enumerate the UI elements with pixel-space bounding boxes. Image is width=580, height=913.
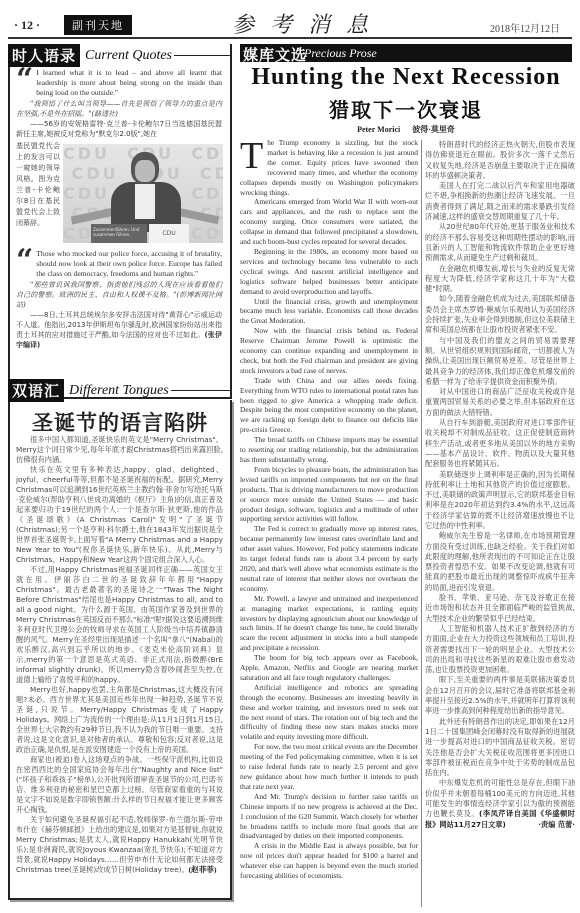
paragraph: 人工智能和机器人技术正扩散到经济的方方面面,企业在大力投资这些领域和员工培训,投… [425,624,575,675]
podium-sign: Zusammenführen. Und zusammen führen. [91,224,147,243]
quote-en: I learned what it is to lead – and above… [36,68,222,97]
editor-credit: ·责编 范蕾· [524,820,575,830]
paragraph: The broad tariffs on Chinese imports may… [240,435,418,465]
paragraph: 眼下,至关重要的两件事是美联储决策委员会在12月召开的会议,届时它准备将联邦基金… [425,675,575,716]
paragraph: 对从中国进口的商品广泛征收关税或许是重置两国贸易关系的必要之举,但本届政府在这方… [425,387,575,418]
paragraph: 关于如何避免圣诞祝福引起不适,牧师保罗·布兰德尔斯-劳申布什在《赫芬顿邮报》上给… [16,815,223,875]
byline: Peter Morici 彼得·莫里奇 [240,124,572,135]
paragraph: 快乐在英文里有多种表达,happy、glad、delighted、joyful、… [16,465,223,565]
headline-cn: 猎取下一次衰退 [240,94,572,123]
paragraph: Trade with China and our allies needs fi… [240,376,418,435]
masthead: · 12 · 副刊天地 参考消息 2018年12月12日 [0,0,580,38]
paragraph: The Fed is correct to gradually move up … [240,524,418,593]
tongues-article-body: 很多中国人都知道,圣诞快乐的英文是"Merry Christmas"。Merry… [16,435,223,897]
paragraph: 特朗普时代的经济正热火朝天,但股市表现得仿佛衰退近在眼前。股价多次一落千丈然后又… [425,140,575,181]
paragraph: Now with the financial crisis behind us,… [240,326,418,376]
heading-rule [171,390,232,391]
paragraph: 中东爆发危机的可能性总是存在,但眼下油价似乎并未朝着每桶100美元的方向迈进,其… [425,778,575,829]
paper-name: 参考消息 [232,8,384,39]
page-number: · 12 · [14,18,40,33]
author-en: Peter Morici [357,125,400,134]
paragraph: Until the financial crisis, growth and u… [240,297,418,327]
article-title: 圣诞节的语言陷阱 [8,407,232,437]
paragraph: 从20世纪80年代开始,更基于服务业和技术的经济不那么容易受这种周期性摆动的影响… [425,222,575,263]
paragraph: 商家也(被迫)卷入这场观点的争战。一些保守派机构,比如设在密西西比的全国家庭协会… [16,755,223,815]
author-cn: 彼得·莫里奇 [412,125,455,134]
quote-1: “ I learned what it is to lead – and abo… [16,68,222,139]
quote-en: Those who mocked our police force, accus… [36,249,222,278]
paragraph: 美国人在打完二战以后汽车和家用电器破烂不堪,争相换新的热潮让经济飞速发展。一旦消… [425,181,575,222]
paragraph: The boom for big tech appears over as Fa… [240,653,418,683]
section-heading-en: Different Tongues [69,383,169,399]
paragraph: Merry也好,happy也罢,主角都是Christmas,这大概没有问题?未必… [16,685,223,755]
current-quotes-heading: 时人语录 Current Quotes [8,44,232,67]
section-tag: 副刊天地 [64,15,132,35]
paragraph: 此外还有特朗普作出的决定,即如果在12月1日二十国集团峰会闭幕时没有取得新的进展… [425,717,575,779]
quote-note: ——56岁的安妮格雷特·克兰普-卡伦鲍尔7日当选德国基民盟新任主席,她被反对党称… [16,119,222,139]
section-heading-en: Current Quotes [85,48,172,64]
quote-mark-icon: “ [16,249,33,273]
paragraph: 与中国及我们的盟友之间的贸易需要理顺。从世贸组织规则到国际邮资,一切都被人为操纵… [425,336,575,387]
paragraph: 在金融危机爆发前,增长与失业的反复无常程度大为降低,经济学家称这几十年为"大稳健… [425,264,575,295]
author: (赵菲菲) [189,865,217,874]
paragraph: 不过,用Happy Christmas祝福圣诞同样正确——英国女王就在用。伊丽莎… [16,565,223,685]
section-heading-cn: 双语汇 [8,379,64,402]
paragraph: For now, the two most critical events ar… [240,742,418,792]
precious-prose-heading: 媒库文选 Precious Prose [240,44,572,62]
paragraph: From bicycles to pleasure boats, the adm… [240,465,418,524]
quote-cn: "那些曾讥讽我国警察、指责他们残忍的人现在应该看看他们自己的警察。欧洲的民主、自… [16,280,222,310]
paragraph: 从自行车到游艇,美国政府对进口零部件征收关税却不对制成品征收。这正促使制造商转移… [425,418,575,469]
photo-caption: 基民盟党代会上的发言可以一窥她的领导风格。图为克兰普-卡伦鲍尔8日在基民盟党代会… [16,141,60,229]
english-column: The Trump economy is sizzling, but the s… [240,138,418,908]
section-heading-cn: 媒库文选 [243,44,307,65]
paragraph: And Mr. Trump's decision to further rais… [240,792,418,842]
speaker-photo: CDU CDU CDU CDU CDU CDU CDU CDU CDU CDU … [63,144,223,243]
issue-date: 2018年12月12日 [490,20,560,35]
quote-cn: "我领悟了什么叫当领导——首先是领悟了领导力的重点是内在坚强,不是外在招摇。"(… [16,99,222,119]
paragraph: A crisis in the Middle East is always po… [240,841,418,881]
paragraph: 脸书、苹果、亚马逊、奈飞及谷歌正在接近市场饱和状态并且全都面临严峻的监管挑战,大… [425,593,575,624]
column-divider [421,140,422,907]
paragraph: Mr. Powell, a lawyer and untrained and i… [240,594,418,653]
headline-en: Hunting the Next Recession [240,64,572,91]
heading-rule [174,55,232,56]
different-tongues-heading: 双语汇 Different Tongues [8,379,232,402]
quote-note: ——8日,土耳其总统埃尔多安抨击法国对待"黄背心"示威运动不人道。他指出,201… [16,310,222,350]
paragraph: 很多中国人都知道,圣诞快乐的英文是"Merry Christmas"。Merry… [16,435,223,465]
quote-mark-icon: “ [16,68,33,92]
paragraph: Artificial intelligence and robotics are… [240,683,418,742]
masthead-rule [8,37,572,39]
paragraph: Americans emerged from World War II with… [240,197,418,247]
drop-cap: T [240,139,263,173]
paragraph: Beginning in the 1980s, an economy more … [240,247,418,297]
chinese-column: 特朗普时代的经济正热火朝天,但股市表现得仿佛衰退近在眼前。股价多次一落千丈然后又… [425,140,575,910]
section-heading-en: Precious Prose [304,46,377,61]
paragraph: 如今,随着金融危机成为过去,美国联邦储备委员会主席杰罗姆·鲍威尔乐观地认为美国经… [425,294,575,335]
podium-logo: CDU [149,224,189,243]
paragraph: 鲍威尔先生曾是一名律师,在市场预期管理方面没有受过训练,也缺乏经验。关于我们对如… [425,531,575,593]
photo-block: 基民盟党代会上的发言可以一窥她的领导风格。图为克兰普-卡伦鲍尔8日在基民盟党代会… [16,141,224,244]
quote-2: “ Those who mocked our police force, acc… [16,249,222,350]
paragraph: 美联储逐步上调利率是正确的,因为长期保持低利率让土地和其他资产的价值过度膨胀。不… [425,470,575,532]
